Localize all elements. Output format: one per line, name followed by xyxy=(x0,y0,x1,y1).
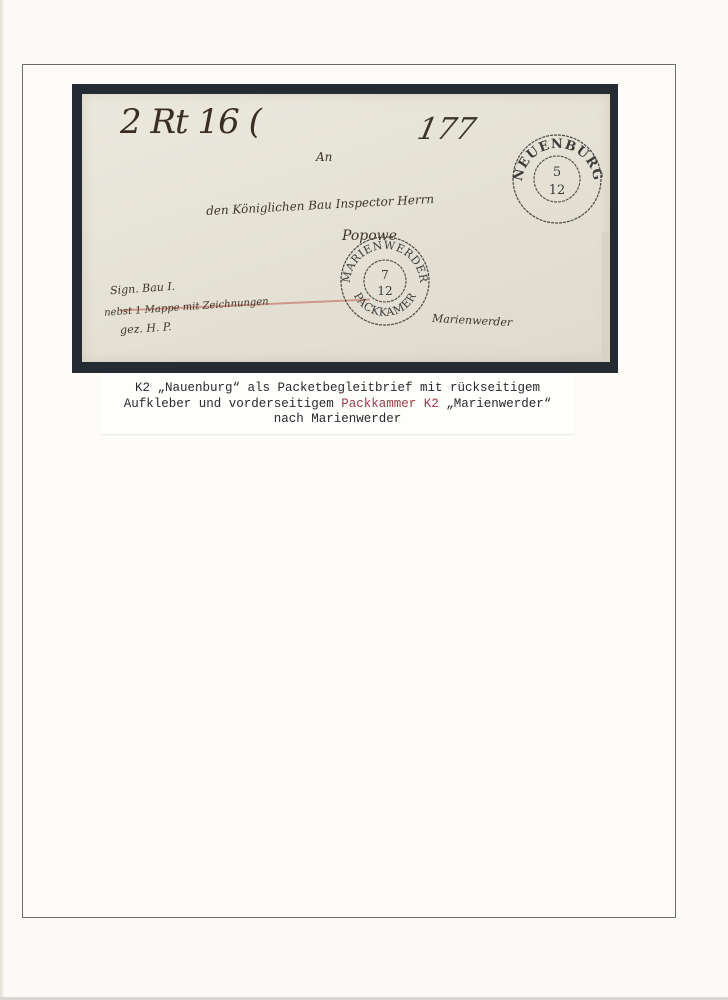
postmark-month: 12 xyxy=(549,183,566,198)
postmark-day: 7 xyxy=(381,268,389,282)
postage-rate-marking: 2 Rt 16 ( xyxy=(120,102,261,142)
postmark-neuenburg: NEUENBURG 5 12 xyxy=(510,132,604,231)
postmark-day: 5 xyxy=(553,165,561,180)
note-line-3: gez. H. P. xyxy=(120,320,172,337)
destination: Marienwerder xyxy=(432,312,513,329)
postmark-marienwerder: MARIENWERDER PACKKAMER 7 12 xyxy=(338,234,432,333)
caption-label: K2 „Nauenburg“ als Packetbegleitbrief mi… xyxy=(101,374,574,434)
addressee: den Königlichen Bau Inspector Herrn xyxy=(206,192,435,218)
postmark-month: 12 xyxy=(377,284,392,298)
caption-line-1: K2 „Nauenburg“ als Packetbegleitbrief mi… xyxy=(101,381,574,397)
envelope-cover: 2 Rt 16 ( 177 An den Königlichen Bau Ins… xyxy=(82,94,610,362)
note-line-2: nebst 1 Mappe mit Zeichnungen xyxy=(104,296,269,318)
envelope-flap-edge xyxy=(602,232,610,362)
caption-highlight: Packkammer K2 xyxy=(341,397,439,411)
page-edge xyxy=(0,0,4,1000)
caption-line-3: nach Marienwerder xyxy=(101,412,574,428)
salutation: An xyxy=(316,150,332,164)
reference-number: 177 xyxy=(414,112,479,147)
note-line-1: Sign. Bau I. xyxy=(110,280,176,298)
caption-line-2: Aufkleber und vorderseitigem Packkammer … xyxy=(101,397,574,413)
